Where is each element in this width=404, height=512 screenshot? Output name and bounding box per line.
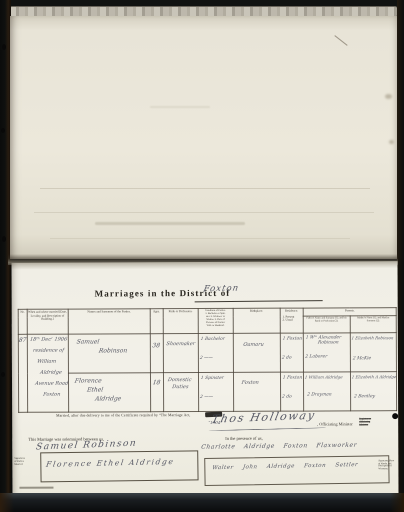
table-row-bride: Florence Ethel Aldridge 18 Domestic Duti…: [18, 372, 396, 413]
cell-bride-residence: 1 Foxton 2 do: [280, 372, 303, 411]
cell-when-where: 18ᵗʰ Decʳ 1906 residence of William Aldr…: [27, 334, 68, 412]
cell-bride-mother: 1 Elizabeth A Aldridge 2 Bentley: [350, 372, 397, 411]
col-header-father: Father's Name and Surname (1), and his R…: [303, 316, 350, 333]
district-underline: [195, 300, 323, 302]
residence-header-line: 2. Usual: [281, 319, 303, 323]
groom-residence-line: 1 Foxton: [280, 334, 303, 342]
place-line: Avenue Road: [27, 379, 69, 390]
show-through-text: [150, 106, 210, 108]
place-line: William: [27, 357, 69, 368]
bride-name-line: Ethel: [68, 385, 150, 394]
bride-rank-line: Duties: [163, 384, 198, 391]
binding-speck: [2, 236, 6, 242]
col-header-rank: Rank or Profession.: [163, 309, 198, 334]
cell-bride-birthplace: Foxton: [233, 372, 280, 411]
place-line: Aldridge: [27, 368, 69, 379]
book-photograph: Marriages in the District of Foxton No. …: [0, 0, 404, 512]
pencil-mark: [334, 35, 347, 46]
bride-birthplace: Foxton: [233, 373, 281, 387]
binding-speck: [1, 128, 5, 133]
groom-name-line: Robinson: [68, 346, 150, 355]
cell-bride-age: 18: [150, 373, 163, 412]
groom-rank-line: Shoemaker: [163, 334, 199, 348]
officiant-note-line: Minister.: [359, 424, 385, 427]
cell-groom-age: 38: [150, 334, 163, 373]
ink-dot: [392, 413, 398, 419]
witness-margin-label: Signatures, Place of Abode, and Descript…: [378, 460, 400, 471]
bride-name-line: Florence: [68, 373, 151, 385]
condition-header-line: Wife or Husband.: [199, 324, 233, 327]
show-through-text: [95, 222, 245, 225]
bride-rank-line: Domestic: [163, 373, 199, 384]
cell-bride-rank: Domestic Duties: [163, 373, 198, 412]
cell-groom-mother: 1 Elizabeth Robinson 2 McKie: [350, 333, 397, 372]
groom-condition-line: 1 Bachelor: [198, 334, 233, 342]
cell-groom-father: 1 Wᵐ Alexander Robinson 2 Laborer: [303, 333, 350, 372]
cell-groom-residence: 1 Foxton 2 do: [280, 333, 303, 372]
signature-underline: [208, 427, 326, 431]
witnesses-heading: In the presence of us,: [225, 436, 262, 441]
col-header-when-where: When and where married [Date, Locality, …: [27, 309, 68, 334]
bride-residence-line: 1 Foxton: [280, 373, 303, 381]
bride-residence-line: 2 do: [279, 381, 304, 400]
bride-mother-line: 2 Bentley: [349, 379, 398, 399]
date-line: 18ᵗʰ Decʳ 1906: [27, 335, 69, 346]
officiating-minister-label: , Officiating Minister: [317, 421, 353, 426]
groom-name-line: Samuel: [68, 334, 151, 346]
table-row-groom: 87 18ᵗʰ Decʳ 1906 residence of William A…: [18, 333, 396, 374]
cell-groom-condition: 1 Bachelor 2 ——: [198, 333, 233, 372]
entry-number: 87: [18, 335, 27, 344]
show-through-line: [34, 212, 374, 213]
binding-speck: [1, 372, 5, 377]
col-header-residence: Residence. 1. Present 2. Usual: [280, 308, 303, 333]
place-line: residence of: [27, 346, 69, 357]
col-header-ages: Ages.: [150, 309, 163, 334]
witness-signature-1: Charlotte Aldridge Foxton Flaxworker: [201, 442, 358, 451]
cell-groom-name: Samuel Robinson: [68, 334, 150, 373]
illegible-fine-print: [19, 487, 53, 489]
groom-condition-line: 2 ——: [197, 342, 234, 361]
binding-speck: [2, 44, 6, 50]
cell-groom-rank: Shoemaker: [163, 334, 198, 373]
cell-groom-birthplace: Oamaru: [233, 333, 280, 372]
place-line: Foxton: [27, 390, 69, 401]
bride-age: 18: [150, 373, 164, 386]
book-cover-bottom: [0, 493, 404, 512]
bride-condition-line: 2 ——: [197, 381, 234, 400]
groom-birthplace: Oamaru: [232, 334, 280, 349]
col-header-mother: Mother's Name (1), and Maiden Surname (2…: [350, 316, 397, 333]
col-header-names: Names and Surnames of the Parties.: [68, 309, 150, 334]
stain: [389, 140, 394, 144]
groom-mother-line: 2 McKie: [349, 340, 398, 361]
parties-margin-label: Signatures of Parties Married.: [14, 457, 38, 466]
residence-header-line: Residence.: [280, 310, 302, 314]
cell-bride-father: 1 William Aldridge 2 Drayman: [303, 372, 350, 411]
officiating-minister-signature: Thos Holloway: [210, 409, 317, 426]
col-header-condition: Condition of Parties. 1. Bachelor or Spi…: [198, 308, 233, 333]
district-name-handwritten: Foxton: [203, 284, 240, 295]
bride-father-line: 2 Drayman: [302, 379, 351, 397]
col-header-no: No.: [18, 309, 27, 334]
certificate-statement: Married, after due delivery to me of the…: [56, 413, 190, 418]
bride-condition-line: 1 Spinster: [198, 373, 233, 381]
margin-label-line: Witnesses.: [378, 468, 400, 471]
officiant-note-struck: Registrar or Officiating Minister.: [359, 418, 385, 427]
cell-bride-name: Florence Ethel Aldridge: [68, 373, 150, 412]
blank-verso-page: [10, 16, 397, 259]
cell-entry-no: 87: [18, 334, 27, 412]
show-through-line: [50, 238, 350, 239]
groom-age: 38: [149, 334, 163, 349]
groom-father-line: 2 Laborer: [303, 345, 351, 359]
col-header-birthplace: Birthplace.: [233, 308, 280, 333]
groom-residence-line: 2 do: [279, 342, 304, 361]
show-through-line: [40, 188, 370, 189]
register-form-page: Marriages in the District of Foxton No. …: [11, 261, 398, 497]
margin-label-line: Married.: [14, 463, 38, 466]
register-table: No. When and where married [Date, Locali…: [18, 307, 398, 413]
bride-name-line: Aldridge: [68, 394, 150, 403]
stain: [385, 94, 392, 99]
cell-bride-condition: 1 Spinster 2 ——: [198, 372, 233, 411]
